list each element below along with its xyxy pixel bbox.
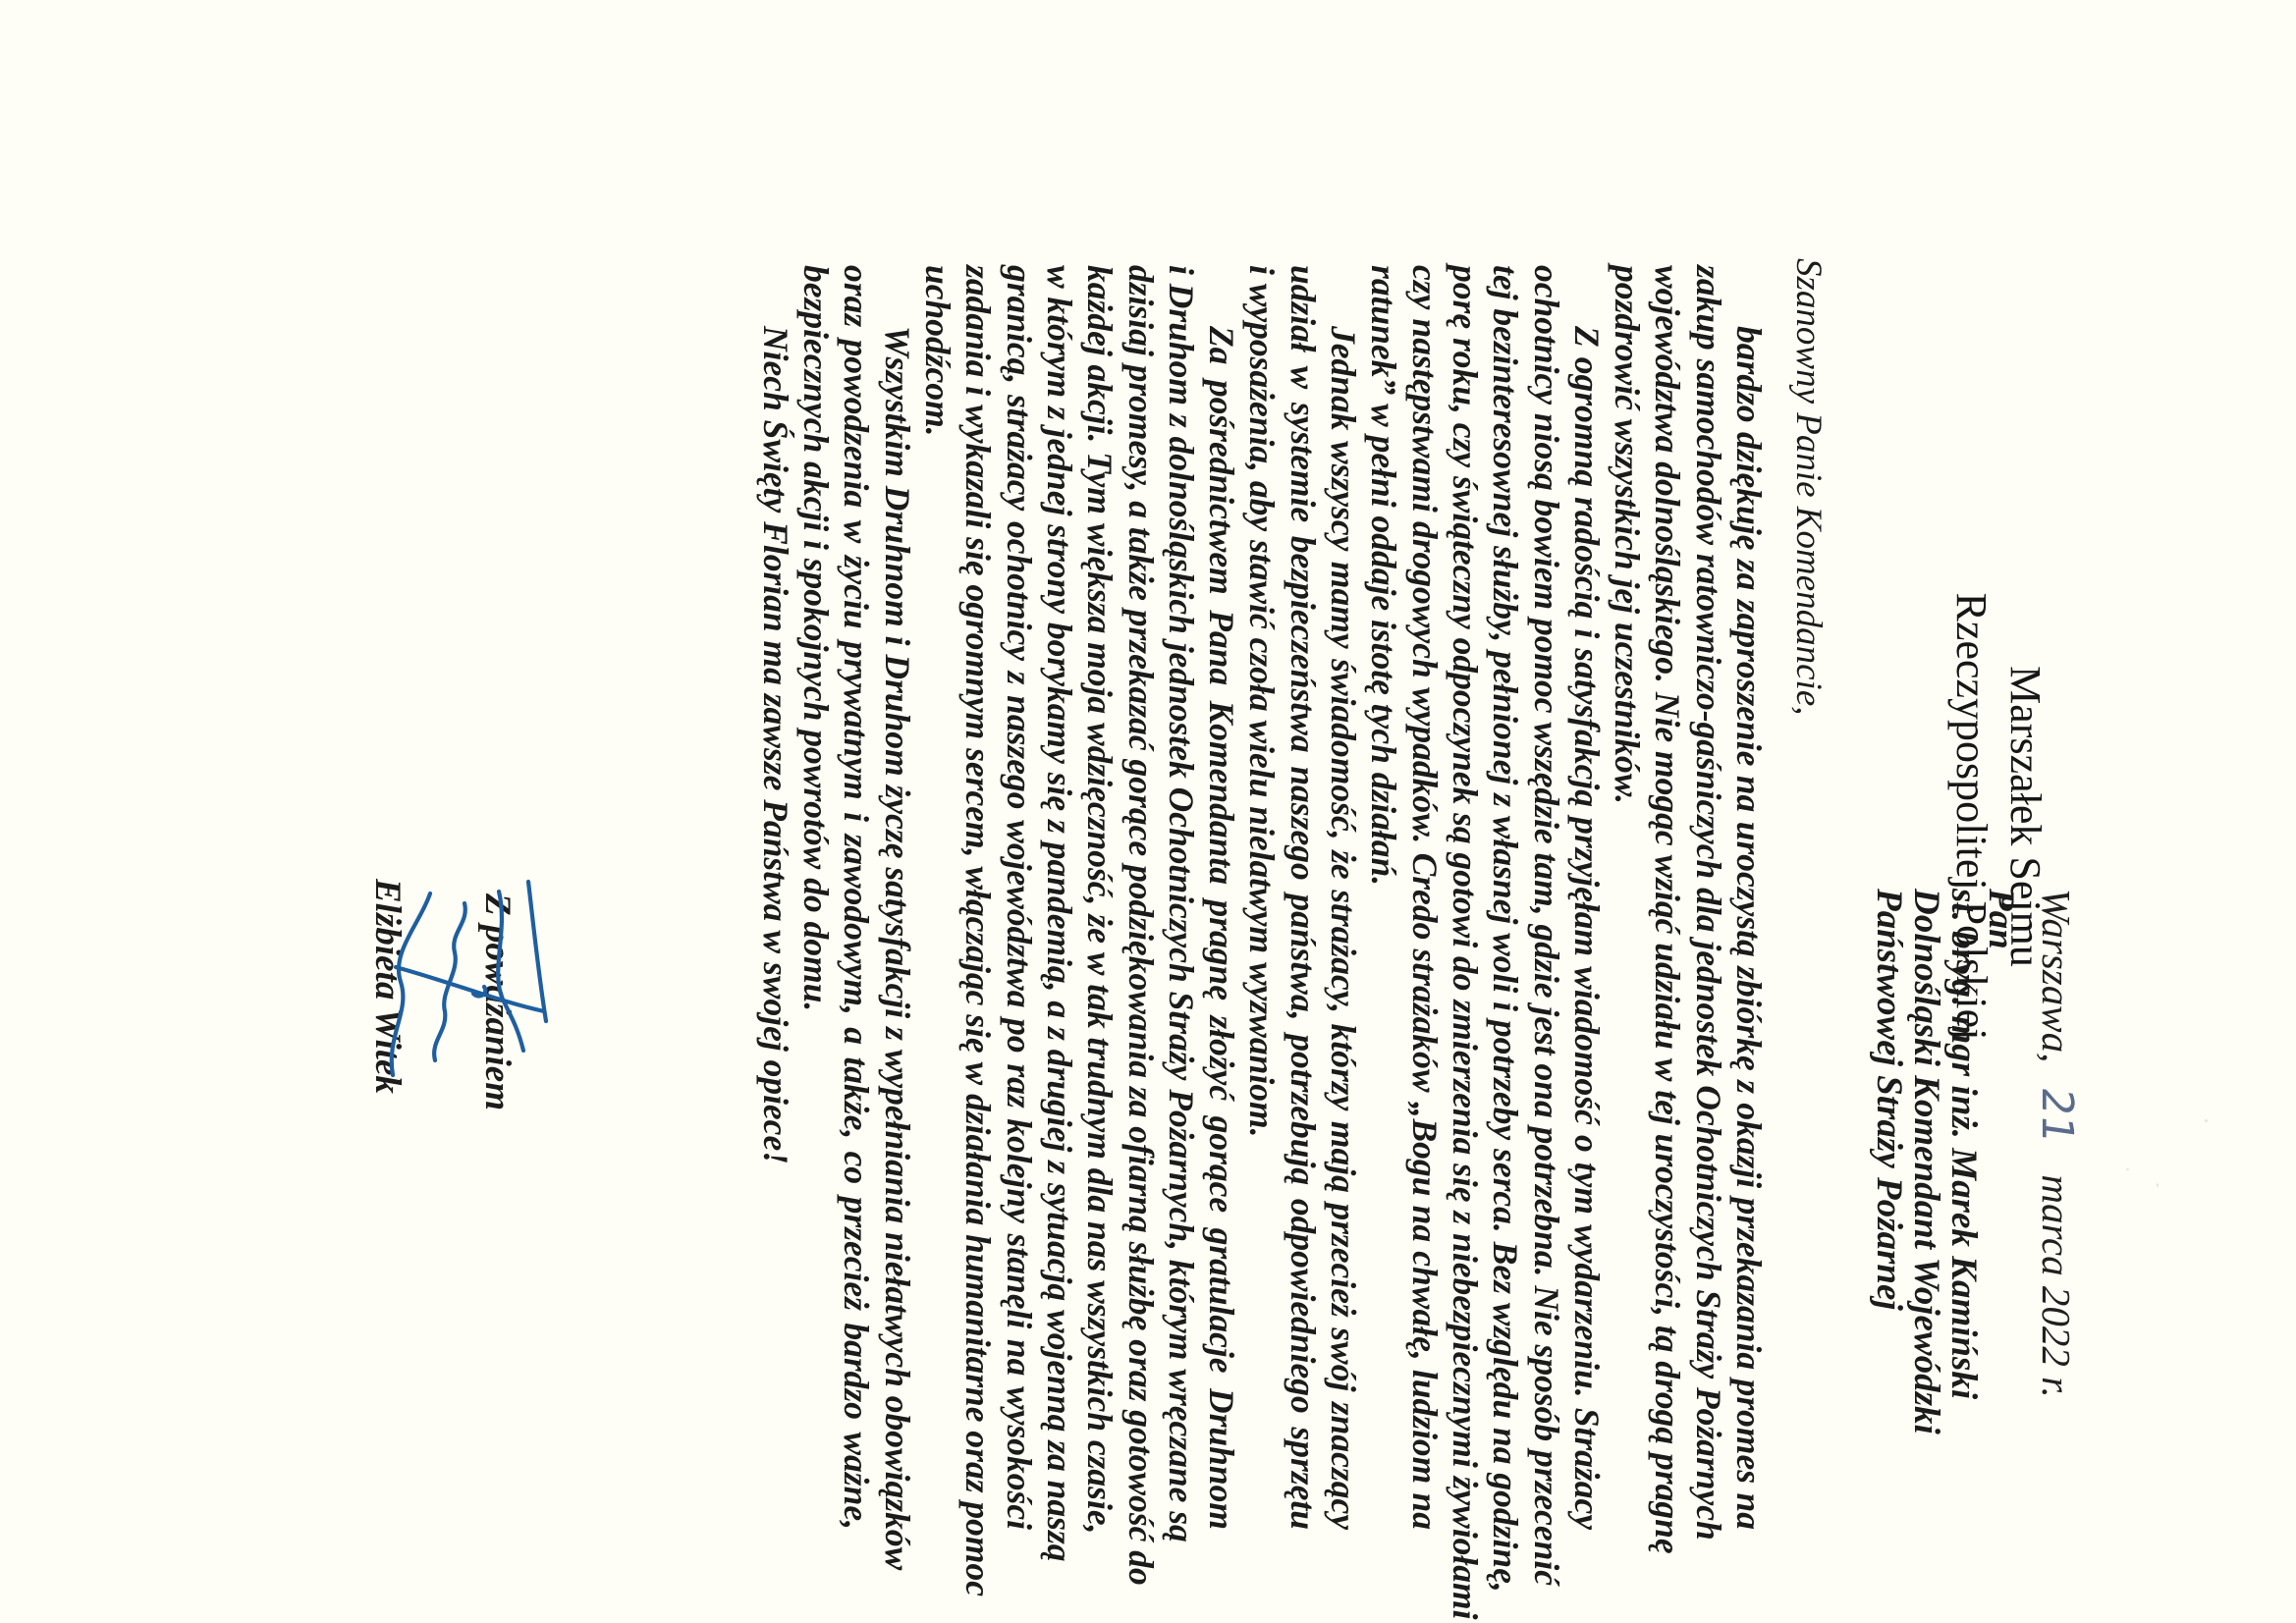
body-line: bezpiecznych akcji i spokojnych powrotów… <box>795 265 836 1530</box>
body-line: każdej akcji. Tym większa moja wdzięczno… <box>1079 265 1120 1530</box>
date-place: Warszawa, <box>2034 889 2079 1062</box>
body-line: w którym z jednej strony borykamy się z … <box>1039 265 1079 1530</box>
addressee-line: st. bryg. mgr inż. Marek Kamiński <box>1944 889 1982 1434</box>
body-line: oraz powodzenia w życiu prywatnym i zawo… <box>836 265 876 1530</box>
body-line: Z ogromną radością i satysfakcją przyjęł… <box>1566 265 1607 1530</box>
letter-body: bardzo dziękuję za zaproszenie na uroczy… <box>755 265 1769 1530</box>
body-line: zakup samochodów ratowniczo-gaśniczych d… <box>1687 265 1727 1530</box>
body-line: udział w systemie bezpieczeństwa naszego… <box>1282 265 1322 1530</box>
body-paragraph: Jednak wszyscy mamy świadomość, że straż… <box>1241 265 1363 1530</box>
body-line: Wszystkim Druhnom i Druhom życzę satysfa… <box>876 265 916 1530</box>
handwritten-signature <box>371 864 558 1100</box>
body-line: i wyposażenia, aby stawić czoła wielu ni… <box>1241 265 1282 1530</box>
body-paragraph: bardzo dziękuję za zaproszenie na uroczy… <box>1607 265 1769 1530</box>
body-paragraph: Z ogromną radością i satysfakcją przyjęł… <box>1363 265 1607 1530</box>
body-line: granicą, strażacy ochotnicy z naszego wo… <box>998 265 1038 1530</box>
body-line: dzisiaj promesy, a także przekazać gorąc… <box>1120 265 1160 1530</box>
body-line: Jednak wszyscy mamy świadomość, że straż… <box>1323 265 1363 1530</box>
letter-date: Warszawa,21marca 2022 r. <box>2032 889 2082 1398</box>
letter-sheet-rotated: Marszałek Sejmu Rzeczypospolitej Polskie… <box>0 0 2296 1623</box>
body-line: i Druhom z dolnośląskich jednostek Ochot… <box>1161 265 1201 1530</box>
date-day-handwritten: 21 <box>2032 1059 2082 1178</box>
body-line: ochotnicy niosą bowiem pomoc wszędzie ta… <box>1525 265 1565 1530</box>
addressee-line: Pan <box>1982 889 2019 1434</box>
body-line: Niech Święty Florian ma zawsze Państwa w… <box>755 265 795 1530</box>
body-line: bardzo dziękuję za zaproszenie na uroczy… <box>1728 265 1769 1530</box>
body-line: pozdrowić wszystkich jej uczestników. <box>1607 265 1647 1530</box>
scanned-letter-page: Marszałek Sejmu Rzeczypospolitej Polskie… <box>0 0 2296 1623</box>
date-month-year: marca 2022 r. <box>2034 1174 2079 1397</box>
addressee-block: Pan st. bryg. mgr inż. Marek Kamiński Do… <box>1870 889 2019 1434</box>
scan-speck <box>2205 1119 2208 1122</box>
salutation: Szanowny Panie Komendancie, <box>1787 258 1830 716</box>
body-line: zadania i wykazali się ogromnym sercem, … <box>957 265 998 1530</box>
addressee-line: Państwowej Straży Pożarnej <box>1870 889 1907 1434</box>
body-paragraph: Niech Święty Florian ma zawsze Państwa w… <box>755 265 795 1530</box>
body-line: porę roku, czy świąteczny odpoczynek są … <box>1445 265 1485 1530</box>
body-line: Za pośrednictwem Pana Komendanta pragnę … <box>1201 265 1241 1530</box>
scan-speck <box>2157 1183 2159 1187</box>
body-paragraph: Wszystkim Druhnom i Druhom życzę satysfa… <box>795 265 917 1530</box>
body-line: czy następstwami drogowych wypadków. Cre… <box>1403 265 1444 1530</box>
body-line: uchodźcom. <box>917 265 957 1530</box>
body-line: ratunek” w pełni oddaje istotę tych dzia… <box>1363 265 1403 1530</box>
addressee-line: Dolnośląski Komendant Wojewódzki <box>1907 889 1944 1434</box>
body-line: województwa dolnośląskiego. Nie mogąc wz… <box>1647 265 1687 1530</box>
scan-speck <box>2126 1168 2129 1170</box>
body-paragraph: Za pośrednictwem Pana Komendanta pragnę … <box>917 265 1241 1530</box>
body-line: tej bezinteresownej służby, pełnionej z … <box>1485 265 1525 1530</box>
